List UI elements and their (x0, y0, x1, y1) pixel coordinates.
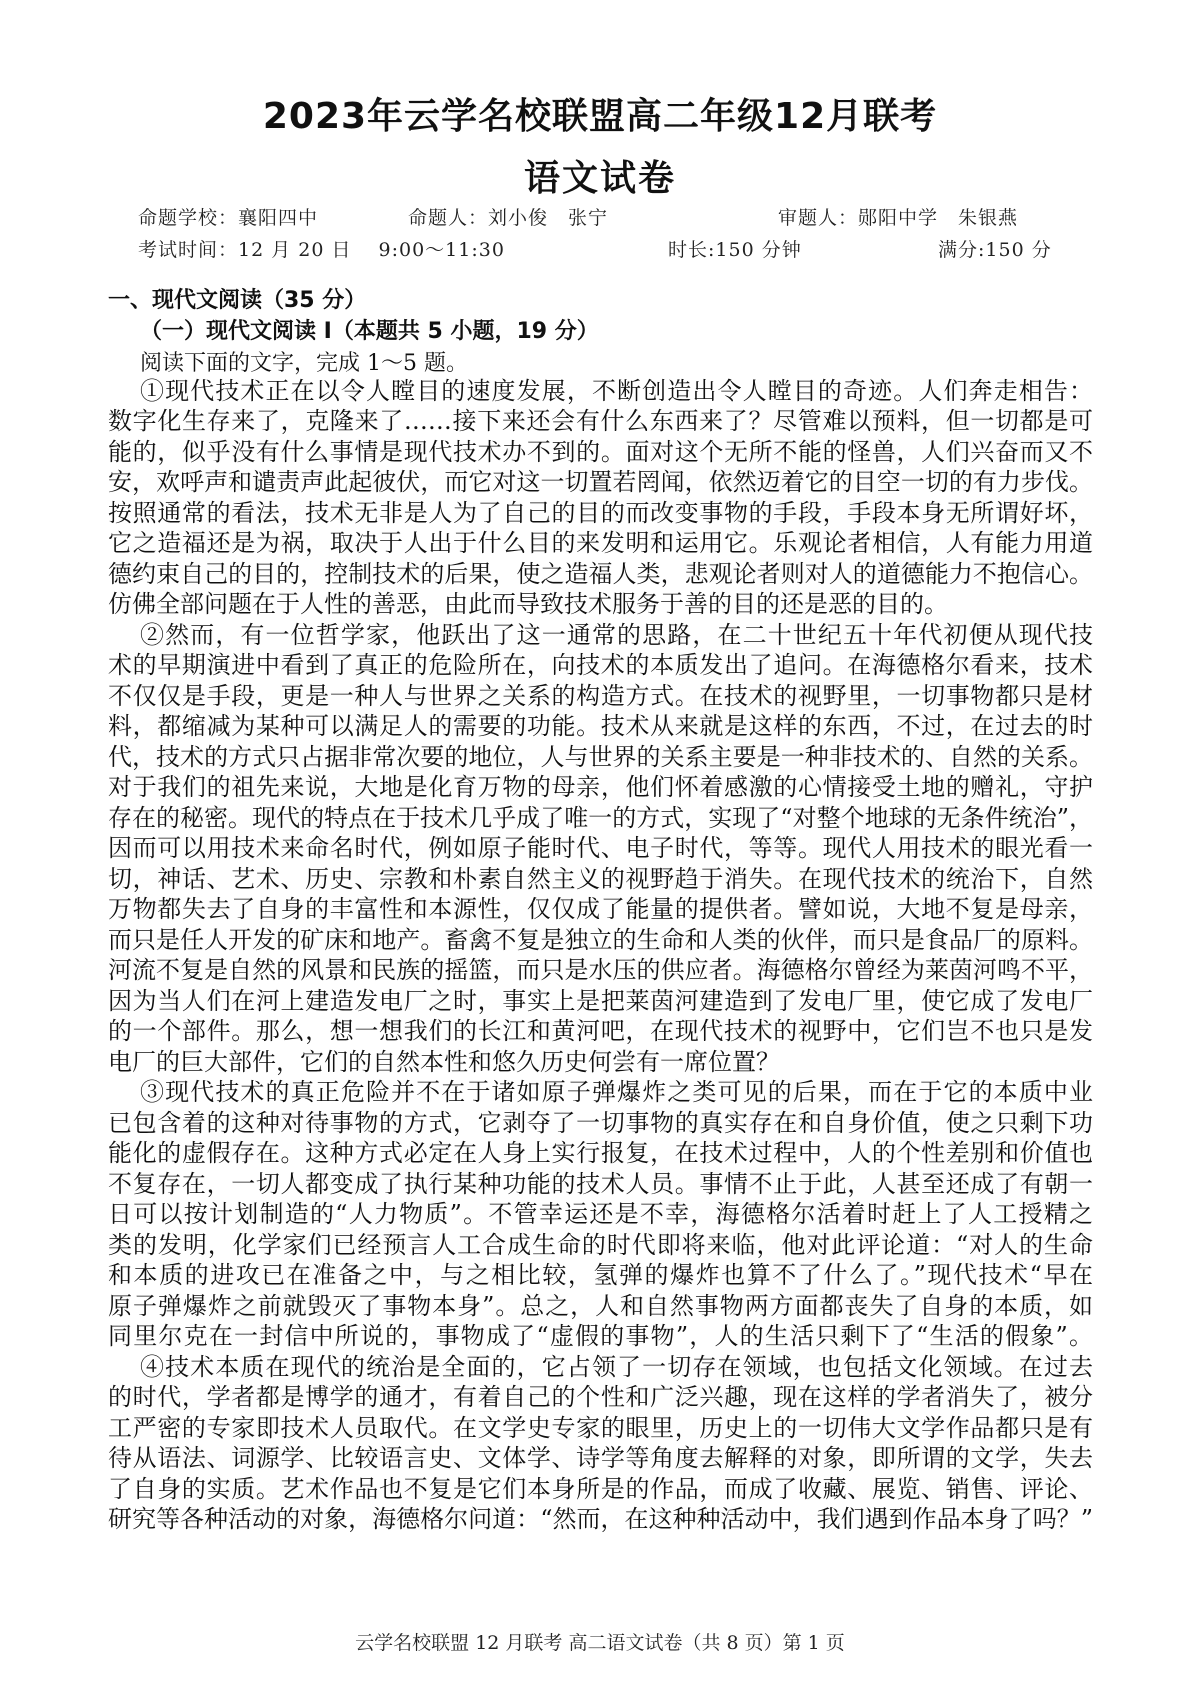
paragraph-3-line: 原子弹爆炸之前就毁灭了事物本身”。总之，人和自然事物两方面都丧失了自身的本质，如 (108, 1291, 1093, 1321)
meta-reviewer: 审题人：郧阳中学 朱银燕 (778, 203, 1018, 230)
paragraph-2-line: ②然而，有一位哲学家，他跃出了这一通常的思路，在二十世纪五十年代初便从现代技 (140, 620, 1093, 650)
paragraph-2-line: 存在的秘密。现代的特点在于技术几乎成了唯一的方式，实现了“对整个地球的无条件统治… (108, 803, 1093, 833)
paragraph-2-line: 对于我们的祖先来说，大地是化育万物的母亲，他们怀着感激的心情接受土地的赠礼，守护 (108, 772, 1093, 802)
paragraph-3-line: 日可以按计划制造的“人力物质”。不管幸运还是不幸，海德格尔活着时赶上了人工授精之 (108, 1199, 1093, 1229)
meta-date: 考试时间：12 月 20 日 9:00～11:30 (138, 235, 505, 262)
paragraph-2-line: 万物都失去了自身的丰富性和本源性，仅仅成了能量的提供者。譬如说，大地不复是母亲， (108, 894, 1093, 924)
paragraph-2-line: 而只是任人开发的矿床和地产。畜禽不复是独立的生命和人类的伙伴，而只是食品厂的原料… (108, 925, 1093, 955)
paragraph-1-line: 安，欢呼声和谴责声此起彼伏，而它对这一切置若罔闻，依然迈着它的目空一切的有力步伐… (108, 467, 1093, 497)
page-footer: 云学名校联盟 12 月联考 高二语文试卷（共 8 页）第 1 页 (0, 1628, 1200, 1655)
paragraph-2-line: 代，技术的方式只占据非常次要的地位，人与世界的关系主要是一种非技术的、自然的关系… (108, 742, 1093, 772)
paragraph-1-line: 德约束自己的目的，控制技术的后果，使之造福人类，悲观论者则对人的道德能力不抱信心… (108, 559, 1093, 589)
paragraph-3-line: 已包含着的这种对待事物的方式，它剥夺了一切事物的真实存在和自身价值，使之只剩下功 (108, 1108, 1093, 1138)
paragraph-2-line: 的一个部件。那么，想一想我们的长江和黄河吧，在现代技术的视野中，它们岂不也只是发 (108, 1016, 1093, 1046)
paragraph-3-line: ③现代技术的真正危险并不在于诸如原子弹爆炸之类可见的后果，而在于它的本质中业 (140, 1077, 1093, 1107)
meta-duration: 时长:150 分钟 (668, 235, 802, 262)
paragraph-4-line: 工严密的专家即技术人员取代。在文学史专家的眼里，历史上的一切伟大文学作品都只是有 (108, 1413, 1093, 1443)
paragraph-4-line: 研究等各种活动的对象，海德格尔问道：“然而，在这种种活动中，我们遇到作品本身了吗… (108, 1504, 1093, 1534)
paragraph-2-line: 料，都缩减为某种可以满足人的需要的功能。技术从来就是这样的东西，不过，在过去的时 (108, 711, 1093, 741)
paragraph-2-line: 电厂的巨大部件，它们的自然本性和悠久历史何尝有一席位置？ (108, 1047, 1093, 1077)
paragraph-1-line: 按照通常的看法，技术无非是人为了自己的目的而改变事物的手段，手段本身无所谓好坏， (108, 498, 1093, 528)
exam-title: 2023年云学名校联盟高二年级12月联考 (0, 88, 1200, 139)
paragraph-2-line: 因为当人们在河上建造发电厂之时，事实上是把莱茵河建造到了发电厂里，使它成了发电厂 (108, 986, 1093, 1016)
subsection-heading: （一）现代文阅读 I（本题共 5 小题，19 分） (140, 314, 599, 345)
paragraph-3-line: 能化的虚假存在。这种方式必定在人身上实行报复，在技术过程中，人的个性差别和价值也 (108, 1138, 1093, 1168)
reading-instruction: 阅读下面的文字，完成 1～5 题。 (140, 346, 468, 377)
section-heading: 一、现代文阅读（35 分） (108, 283, 366, 314)
paragraph-4-line: 的时代，学者都是博学的通才，有着自己的个性和广泛兴趣，现在这样的学者消失了，被分 (108, 1382, 1093, 1412)
paragraph-4-line: 了自身的实质。艺术作品也不复是它们本身所是的作品，而成了收藏、展览、销售、评论、 (108, 1474, 1093, 1504)
paragraph-3-line: 和本质的进攻已在准备之中，与之相比较，氢弹的爆炸也算不了什么了。”现代技术“早在 (108, 1260, 1093, 1290)
paragraph-2-line: 因而可以用技术来命名时代，例如原子能时代、电子时代，等等。现代人用技术的眼光看一 (108, 833, 1093, 863)
paragraph-2-line: 切，神话、艺术、历史、宗教和朴素自然主义的视野趋于消失。在现代技术的统治下，自然 (108, 864, 1093, 894)
exam-subtitle: 语文试卷 (0, 150, 1200, 201)
paragraph-1-line: ①现代技术正在以令人瞠目的速度发展，不断创造出令人瞠目的奇迹。人们奔走相告： (140, 376, 1093, 406)
paragraph-1-line: 能的，似乎没有什么事情是现代技术办不到的。面对这个无所不能的怪兽，人们兴奋而又不 (108, 437, 1093, 467)
paragraph-2-line: 不仅仅是手段，更是一种人与世界之关系的构造方式。在技术的视野里，一切事物都只是材 (108, 681, 1093, 711)
paragraph-3-line: 同里尔克在一封信中所说的，事物成了“虚假的事物”，人的生活只剩下了“生活的假象”… (108, 1321, 1093, 1351)
paragraph-1-line: 仿佛全部问题在于人性的善恶，由此而导致技术服务于善的目的还是恶的目的。 (108, 589, 1093, 619)
paragraph-3-line: 类的发明，化学家们已经预言人工合成生命的时代即将来临，他对此评论道：“对人的生命 (108, 1230, 1093, 1260)
paragraph-1-line: 它之造福还是为祸，取决于人出于什么目的来发明和运用它。乐观论者相信，人有能力用道 (108, 528, 1093, 558)
meta-full-score: 满分:150 分 (938, 235, 1052, 262)
paragraph-2-line: 术的早期演进中看到了真正的危险所在，向技术的本质发出了追问。在海德格尔看来，技术 (108, 650, 1093, 680)
paragraph-1-line: 数字化生存来了，克隆来了……接下来还会有什么东西来了？尽管难以预料，但一切都是可 (108, 406, 1093, 436)
paragraph-3-line: 不复存在，一切人都变成了执行某种功能的技术人员。事情不止于此，人甚至还成了有朝一 (108, 1169, 1093, 1199)
paragraph-4-line: 待从语法、词源学、比较语言史、文体学、诗学等角度去解释的对象，即所谓的文学，失去 (108, 1443, 1093, 1473)
paragraph-4-line: ④技术本质在现代的统治是全面的，它占领了一切存在领域，也包括文化领域。在过去 (140, 1352, 1093, 1382)
meta-authors: 命题人：刘小俊 张宁 (408, 203, 608, 230)
paragraph-2-line: 河流不复是自然的风景和民族的摇篮，而只是水压的供应者。海德格尔曾经为莱茵河鸣不平… (108, 955, 1093, 985)
meta-school: 命题学校：襄阳四中 (138, 203, 318, 230)
